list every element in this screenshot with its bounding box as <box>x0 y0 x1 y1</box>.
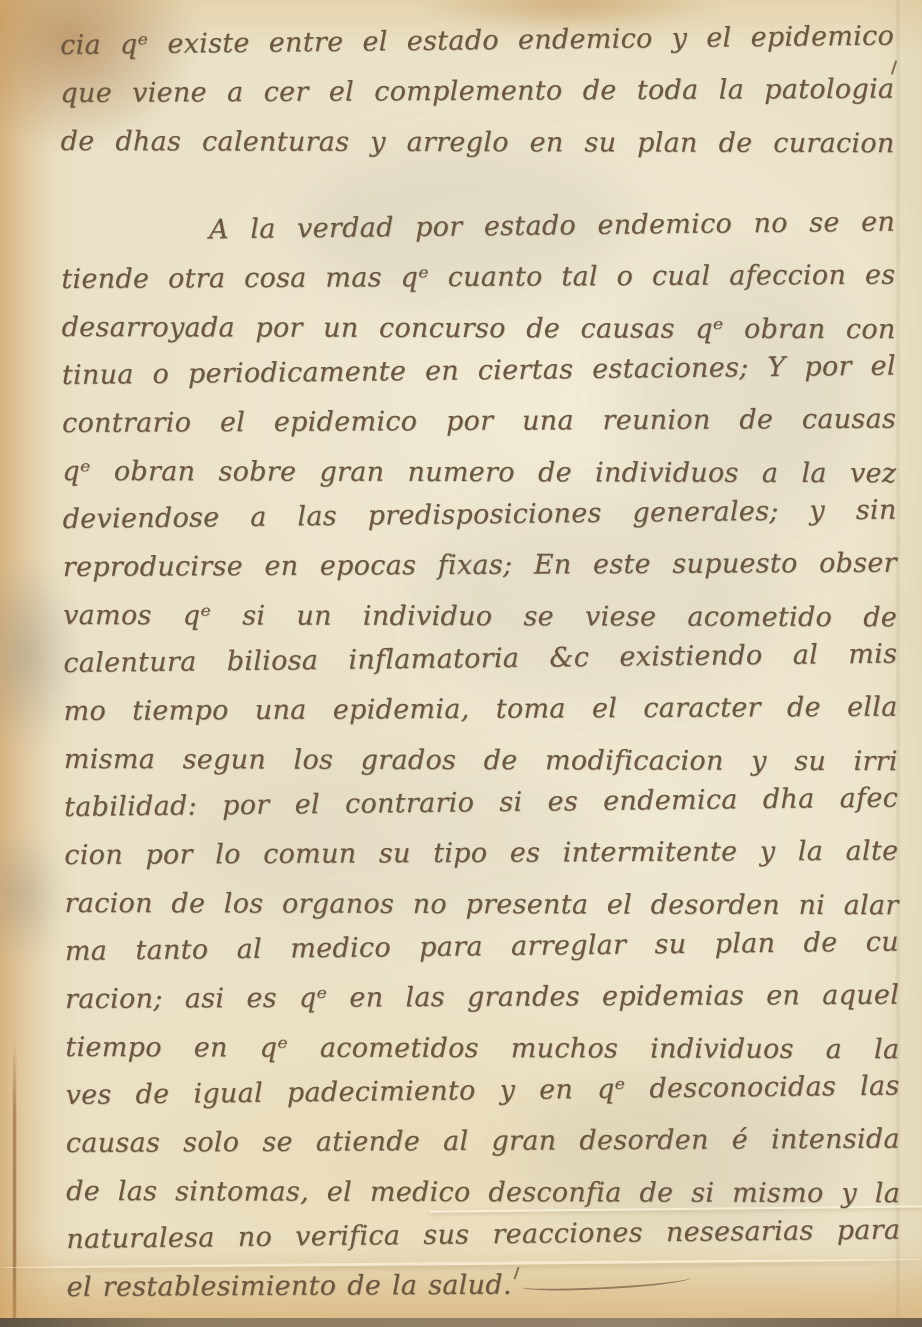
paragraph-1: cia qᵉ existe entre el estado endemico y… <box>60 18 895 166</box>
manuscript-line: tabilidad: por el contrario si es endemi… <box>64 775 898 832</box>
manuscript-line: mo tiempo una epidemia, toma el caracter… <box>63 684 897 736</box>
manuscript-line: tinua o periodicamente en ciertas estaci… <box>62 343 896 400</box>
manuscript-line: A la verdad por estado endemico no se en <box>61 199 895 256</box>
manuscript-page: cia qᵉ existe entre el estado endemico y… <box>0 0 922 1327</box>
manuscript-line: naturalesa no verifica sus reacciones ne… <box>66 1207 900 1264</box>
manuscript-line: de dhas calenturas y arreglo en su plan … <box>61 118 895 168</box>
rubric-tick <box>514 1267 520 1280</box>
manuscript-line: ves de igual padecimiento y en qᵉ descon… <box>65 1063 899 1120</box>
manuscript-line: calentura biliosa inflamatoria &c existi… <box>63 631 897 688</box>
manuscript-line-text: el restablesimiento de la salud. <box>67 1270 512 1303</box>
handwritten-text: cia qᵉ existe entre el estado endemico y… <box>60 18 901 1312</box>
manuscript-line: tiende otra cosa mas qᵉ cuanto tal o cua… <box>61 252 895 304</box>
manuscript-line: contrario el epidemico por una reunion d… <box>62 396 896 448</box>
rubric-flourish <box>522 1272 692 1293</box>
page-bottom-edge <box>0 1318 922 1327</box>
manuscript-line: ma tanto al medico para arreglar su plan… <box>65 919 899 976</box>
manuscript-line: racion; asi es qᵉ en las grandes epidemi… <box>65 972 899 1024</box>
manuscript-line: cia qᵉ existe entre el estado endemico y… <box>60 13 894 70</box>
manuscript-line: deviendose a las predisposiciones genera… <box>62 487 896 544</box>
manuscript-line: cion por lo comun su tipo es intermitent… <box>64 828 898 880</box>
manuscript-line: reproducirse en epocas fixas; En este su… <box>63 540 897 592</box>
manuscript-line: causas solo se atiende al gran desorden … <box>66 1116 900 1168</box>
paragraph-2: A la verdad por estado endemico no se en… <box>61 204 901 1312</box>
manuscript-line: el restablesimiento de la salud. <box>67 1260 901 1312</box>
manuscript-line: que viene a cer el complemento de toda l… <box>60 66 894 118</box>
smudge-left-lower <box>0 830 66 960</box>
